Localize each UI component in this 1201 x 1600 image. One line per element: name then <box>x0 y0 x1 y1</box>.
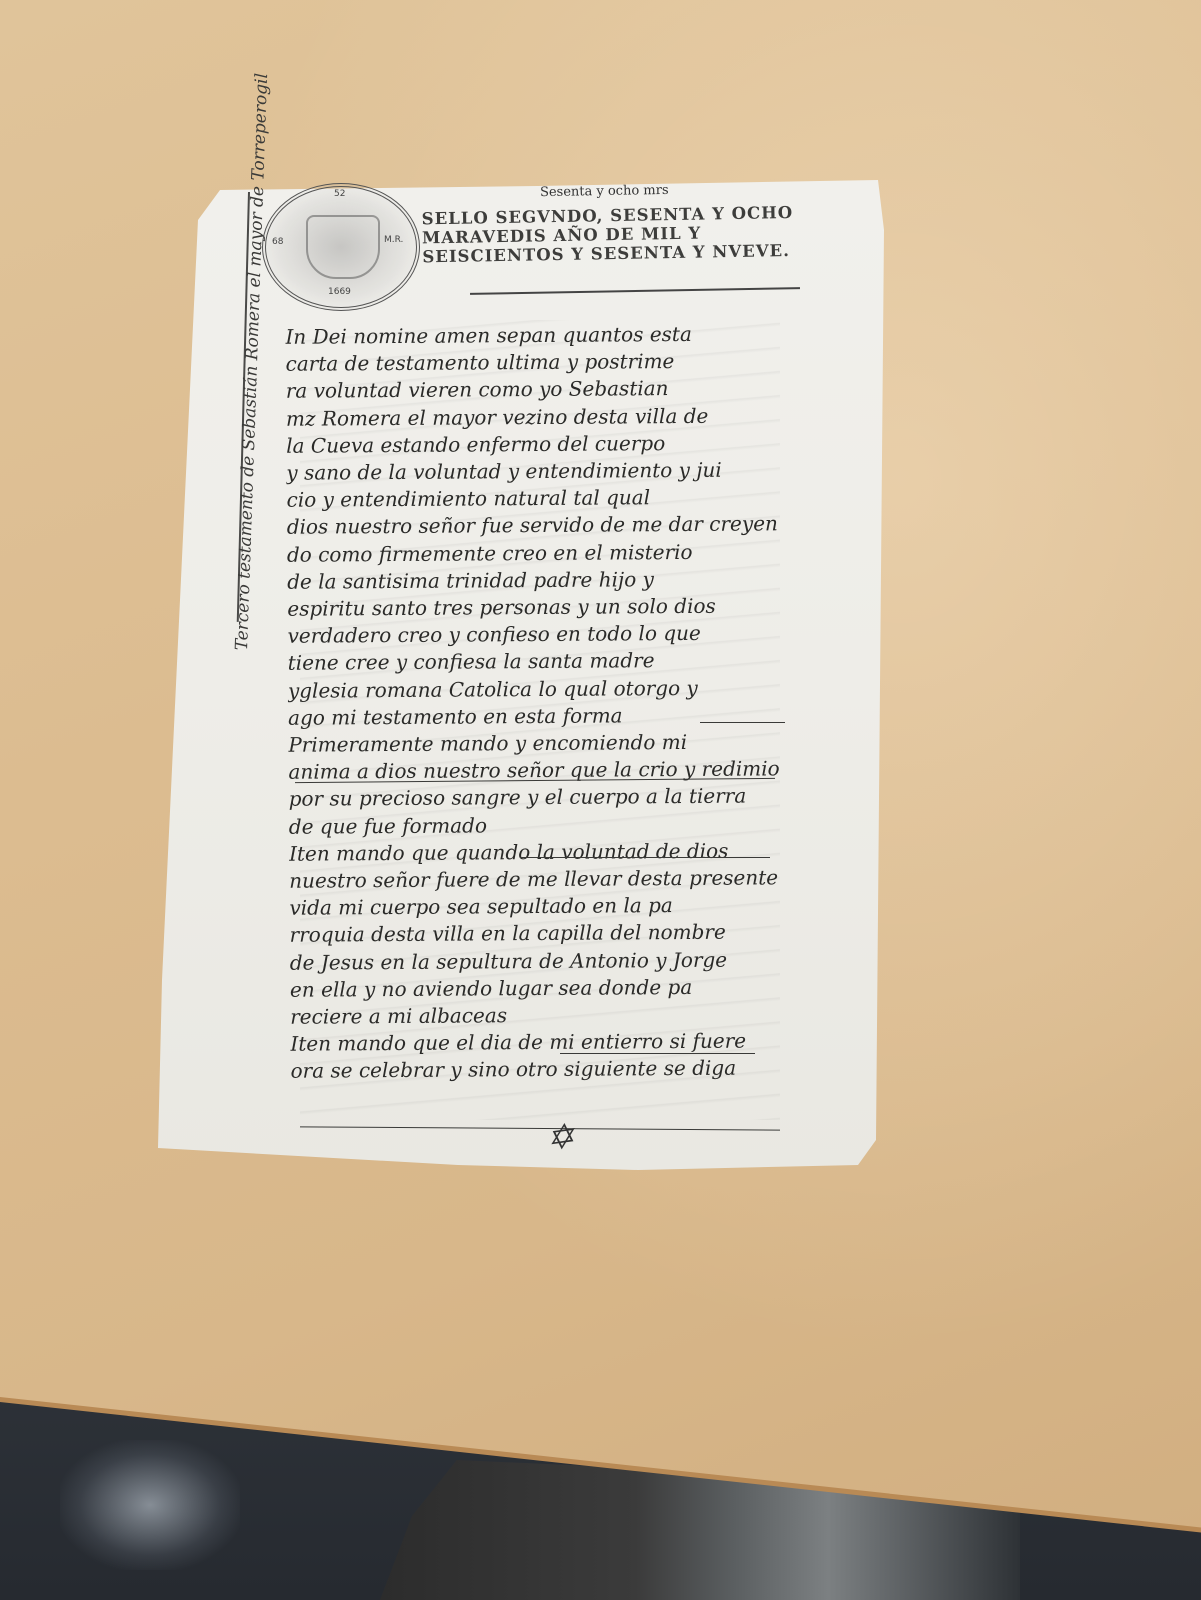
signature-rubric-icon: ✡ <box>543 1116 577 1160</box>
text-line: do como firmemente creo en el misterio <box>287 538 787 569</box>
text-line: mz Romera el mayor vezino desta villa de <box>286 402 786 433</box>
text-line: reciere a mi albaceas <box>290 1000 790 1031</box>
text-line: verdadero creo y confieso en todo lo que <box>287 619 787 650</box>
text-line: cio y entendimiento natural tal qual <box>286 483 786 514</box>
text-line: de que fue formado <box>289 810 789 841</box>
text-line: carta de testamento ultima y postrime <box>286 347 786 378</box>
stamp-header-text: SELLO SEGVNDO, SESENTA Y OCHO MARAVEDIS … <box>422 203 813 267</box>
text-line: de la santisima trinidad padre hijo y <box>287 565 787 596</box>
text-line: y sano de la voluntad y entendimiento y … <box>286 456 786 487</box>
royal-seal-stamp: 52 68 M.R. 1669 <box>262 183 420 311</box>
text-line: Iten mando que quando la voluntad de dio… <box>289 837 789 868</box>
text-line: In Dei nomine amen sepan quantos esta <box>285 320 785 351</box>
seal-right-mark: M.R. <box>384 235 403 245</box>
text-line: ra voluntad vieren como yo Sebastian <box>286 375 786 406</box>
text-line: la Cueva estando enfermo del cuerpo <box>286 429 786 460</box>
line-filler-rule <box>560 1053 755 1054</box>
text-line: ago mi testamento en esta forma <box>288 701 788 732</box>
line-filler-rule <box>520 857 770 858</box>
seal-left-number: 68 <box>272 237 283 247</box>
testament-body: In Dei nomine amen sepan quantos esta ca… <box>285 320 790 1085</box>
seal-year: 1669 <box>328 287 351 297</box>
text-line: rroquia desta villa en la capilla del no… <box>290 919 790 950</box>
coat-of-arms-icon <box>306 215 380 279</box>
text-line: tiene cree y confiesa la santa madre <box>288 647 788 678</box>
line-filler-rule <box>700 722 785 723</box>
text-line: espiritu santo tres personas y un solo d… <box>287 592 787 623</box>
text-line: de Jesus en la sepultura de Antonio y Jo… <box>290 946 790 977</box>
text-line: nuestro señor fuere de me llevar desta p… <box>289 864 789 895</box>
floor-light-reflection <box>60 1440 240 1570</box>
text-line: por su precioso sangre y el cuerpo a la … <box>289 783 789 814</box>
text-line: vida mi cuerpo sea sepultado en la pa <box>289 892 789 923</box>
stamp-value-note: Sesenta y ocho mrs <box>540 183 669 200</box>
text-line: en ella y no aviendo lugar sea donde pa <box>290 973 790 1004</box>
text-line: ora se celebrar y sino otro siguiente se… <box>290 1055 790 1086</box>
text-line: Primeramente mando y encomiendo mi <box>288 728 788 759</box>
text-line: yglesia romana Catolica lo qual otorgo y <box>288 674 788 705</box>
seal-top-number: 52 <box>334 189 345 199</box>
text-line: dios nuestro señor fue servido de me dar… <box>287 511 787 542</box>
